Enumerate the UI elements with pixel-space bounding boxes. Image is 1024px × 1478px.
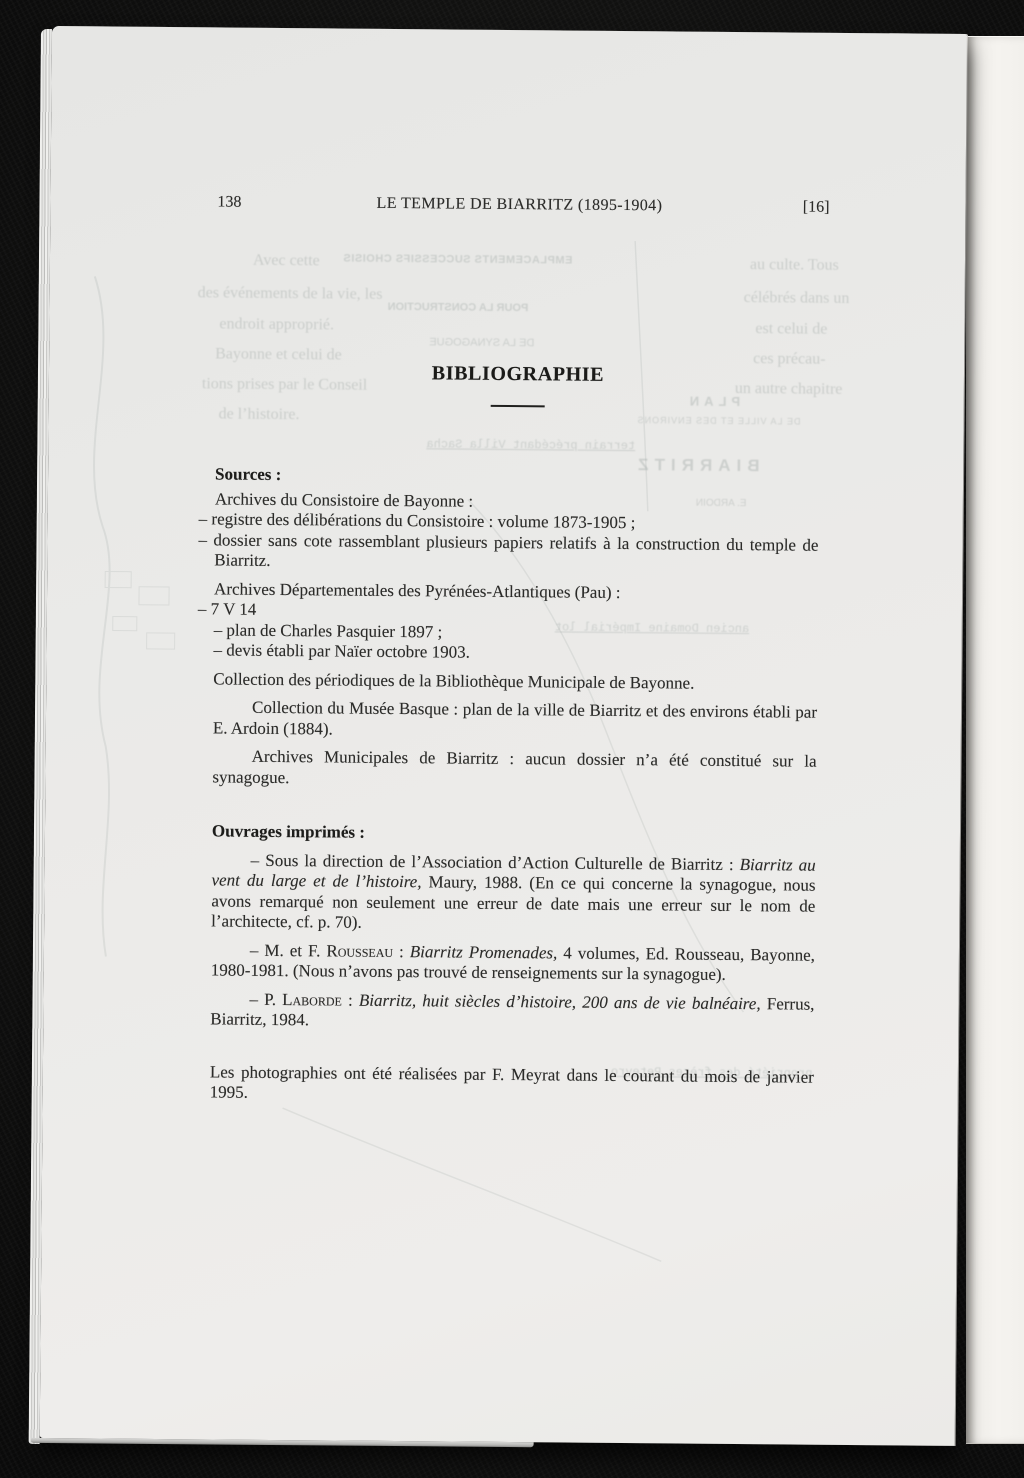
book-page: EMPLACEMENTS SUCCESSIFS CHOISIS POUR LA …	[40, 26, 967, 1446]
scan-background: EMPLACEMENTS SUCCESSIFS CHOISIS POUR LA …	[0, 0, 1024, 1478]
entry-book-title: Biarritz Promenades,	[410, 942, 558, 962]
entry-text: – Sous la direction de l’Association d’A…	[251, 850, 740, 873]
entry-author: Rousseau	[326, 941, 393, 961]
page-header: 138 LE TEMPLE DE BIARRITZ (1895-1904) [1…	[217, 192, 821, 218]
ouvrage-entry: – M. et F. Rousseau : Biarritz Promenade…	[211, 940, 815, 986]
running-title: LE TEMPLE DE BIARRITZ (1895-1904)	[376, 194, 662, 217]
source-periodiques: Collection des périodiques de la Bibliot…	[213, 669, 817, 695]
page-content: 138 LE TEMPLE DE BIARRITZ (1895-1904) [1…	[210, 192, 822, 1108]
source-departementales-item: – devis établi par Naïer octobre 1903.	[213, 640, 817, 666]
page-stack-edges	[29, 29, 52, 1444]
page-title: BIBLIOGRAPHIE	[216, 359, 820, 389]
entry-author: Laborde	[282, 990, 342, 1010]
folio-number: [16]	[803, 198, 830, 219]
page-stack-bottom-edge	[31, 1438, 534, 1447]
entry-text: – P.	[249, 989, 282, 1008]
ouvrage-entry: – P. Laborde : Biarritz, huit siècles d’…	[210, 989, 814, 1035]
source-consistoire-item: – dossier sans cote rassemblant plusieur…	[214, 530, 818, 576]
entry-text: – M. et F.	[250, 940, 327, 960]
entry-text: :	[342, 990, 359, 1009]
adjacent-page-edge	[966, 36, 1024, 1444]
photo-credits: Les photographies ont été réalisées par …	[210, 1062, 814, 1108]
entry-book-title: Biarritz, huit siècles d’histoire, 200 a…	[359, 990, 761, 1013]
title-rule	[491, 405, 545, 407]
entry-text: :	[393, 942, 410, 961]
source-municipales: Archives Municipales de Biarritz : aucun…	[212, 746, 816, 792]
source-musee-basque: Collection du Musée Basque : plan de la …	[213, 697, 817, 743]
sources-heading: Sources :	[215, 464, 819, 490]
ouvrages-heading: Ouvrages imprimés :	[212, 821, 816, 847]
ouvrage-entry: – Sous la direction de l’Association d’A…	[211, 850, 816, 937]
page-number: 138	[217, 192, 241, 213]
